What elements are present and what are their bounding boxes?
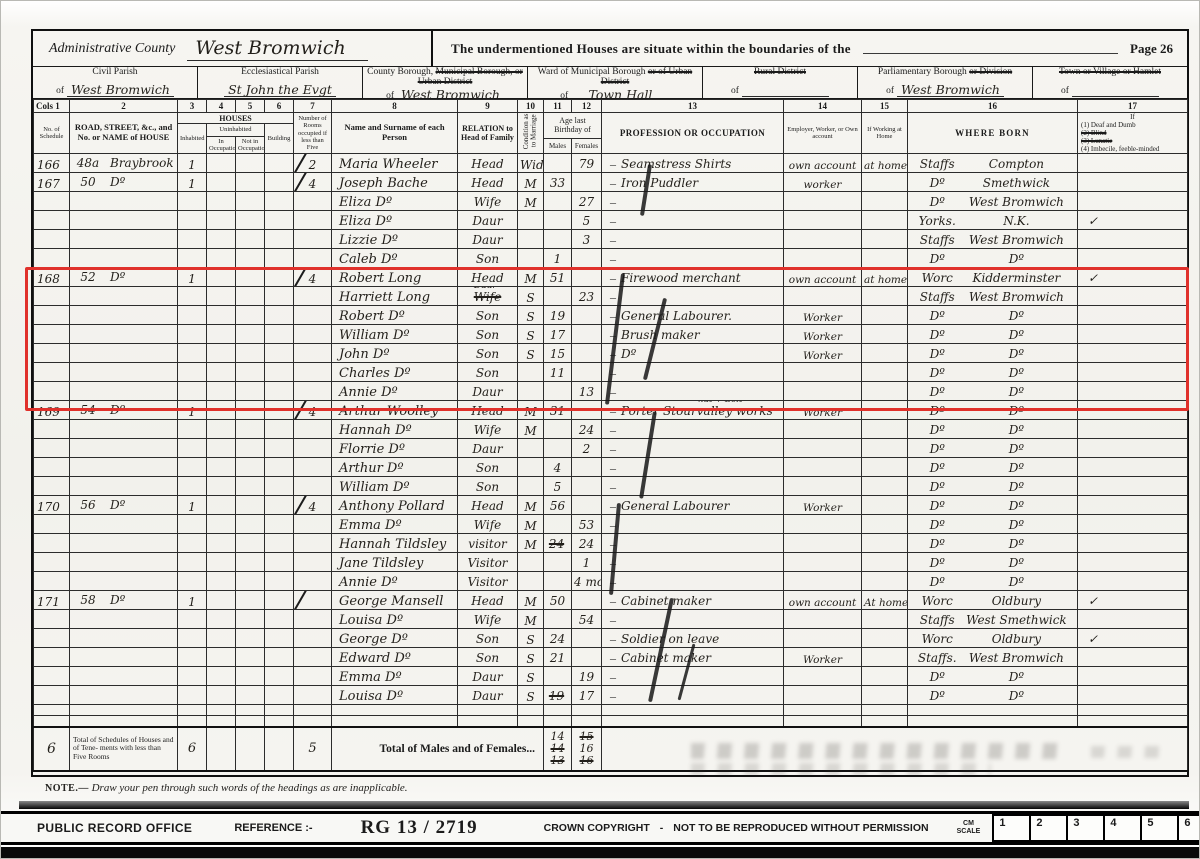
cell-uninhabited-occupied xyxy=(207,211,236,230)
cell-condition: S xyxy=(518,648,544,667)
district-label-struck: Rural District xyxy=(754,67,806,77)
cell-occupation: General Labourer xyxy=(602,496,784,515)
cell-age-male: 4 xyxy=(544,458,572,477)
cell-infirmity xyxy=(1078,572,1188,591)
person-row: Arthur DºSon4DºDº xyxy=(34,458,1188,477)
cell-infirmity xyxy=(1078,534,1188,553)
cell-schedule xyxy=(34,534,70,553)
cell-empty xyxy=(178,716,207,727)
cell-employer xyxy=(784,477,862,496)
district-civil-parish: Civil Parish ofWest Bromwich xyxy=(33,67,198,98)
cell-uninhabited-occupied xyxy=(207,686,236,705)
cell-address xyxy=(70,458,178,477)
header-at-home: If Working at Home xyxy=(862,113,908,154)
cell-age-female: 24 xyxy=(572,420,602,439)
district-value xyxy=(1072,96,1159,97)
cell-name: George Dº xyxy=(332,629,458,648)
person-row: Louisa DºWifeM54StaffsWest Smethwick xyxy=(34,610,1188,629)
cell-condition xyxy=(518,477,544,496)
cell-address xyxy=(70,553,178,572)
cell-address xyxy=(70,648,178,667)
cell-uninhabited-occupied xyxy=(207,629,236,648)
cell-rooms xyxy=(294,477,332,496)
cell-uninhabited-unoccupied xyxy=(236,515,265,534)
cell-age-male: 56 xyxy=(544,496,572,515)
cell-empty xyxy=(207,727,236,771)
district-value: West Bromwich xyxy=(67,83,174,97)
totals-houses-label: Total of Schedules of Houses and of Tene… xyxy=(70,727,178,771)
cell-schedule xyxy=(34,477,70,496)
cell-condition: M xyxy=(518,515,544,534)
person-row: Louisa DºDaurS1917DºDº xyxy=(34,686,1188,705)
cell-uninhabited-occupied xyxy=(207,515,236,534)
cell-employer xyxy=(784,458,862,477)
cell-empty xyxy=(544,705,572,716)
cell-condition: M xyxy=(518,420,544,439)
cell-address xyxy=(70,420,178,439)
archive-footer: PUBLIC RECORD OFFICE REFERENCE :- RG 13 … xyxy=(1,811,1200,845)
cell-infirmity xyxy=(1078,439,1188,458)
header-females: Females xyxy=(572,138,602,153)
cell-name: Arthur Dº xyxy=(332,458,458,477)
cell-name: Louisa Dº xyxy=(332,610,458,629)
cell-employer xyxy=(784,211,862,230)
cell-inhabited xyxy=(178,249,207,268)
cell-uninhabited-unoccupied xyxy=(236,610,265,629)
cell-empty xyxy=(236,716,265,727)
cell-uninhabited-unoccupied xyxy=(236,553,265,572)
district-parliamentary-borough: Parliamentary Borough or Division ofWest… xyxy=(858,67,1033,98)
person-row: Hannah TildsleyvisitorM2424DºDº xyxy=(34,534,1188,553)
cell-where-born: DºSmethwick xyxy=(908,173,1078,192)
cell-inhabited xyxy=(178,629,207,648)
cell-schedule xyxy=(34,211,70,230)
cell-empty xyxy=(265,716,294,727)
cell-age-male xyxy=(544,515,572,534)
col-number: 12 xyxy=(572,100,602,113)
situate-blank-line xyxy=(863,39,1118,54)
ruler-cell: 6 xyxy=(1179,816,1200,840)
cell-empty xyxy=(518,705,544,716)
cell-at-home xyxy=(862,477,908,496)
cell-name: Florrie Dº xyxy=(332,439,458,458)
col-number: 8 xyxy=(332,100,458,113)
cell-age-female: 54 xyxy=(572,610,602,629)
cell-relation: Visitor xyxy=(458,553,518,572)
cell-building xyxy=(265,154,294,173)
cell-condition: M xyxy=(518,192,544,211)
cell-empty xyxy=(544,716,572,727)
cell-empty xyxy=(34,705,70,716)
cell-where-born: StaffsCompton xyxy=(908,154,1078,173)
situate-line: The undermentioned Houses are situate wi… xyxy=(433,31,1187,66)
cell-building xyxy=(265,515,294,534)
cell-rooms xyxy=(294,667,332,686)
cell-where-born: StaffsWest Smethwick xyxy=(908,610,1078,629)
cell-age-female xyxy=(572,249,602,268)
district-value: West Bromwich xyxy=(397,88,504,98)
cell-age-female: 79 xyxy=(572,154,602,173)
of-prefix: of xyxy=(56,87,64,97)
cell-uninhabited-occupied xyxy=(207,154,236,173)
cell-address xyxy=(70,477,178,496)
cell-rooms: 4 xyxy=(294,496,332,515)
cell-building xyxy=(265,572,294,591)
district-rural: Rural District of xyxy=(703,67,858,98)
cell-schedule xyxy=(34,629,70,648)
cell-relation: Son xyxy=(458,249,518,268)
cell-age-female: 19 xyxy=(572,667,602,686)
cell-uninhabited-unoccupied xyxy=(236,648,265,667)
cell-rooms xyxy=(294,648,332,667)
cell-relation: Son xyxy=(458,648,518,667)
cell-occupation xyxy=(602,420,784,439)
cell-address xyxy=(70,249,178,268)
cell-condition: S xyxy=(518,686,544,705)
district-label-struck: Municipal Borough, or Urban District xyxy=(418,67,523,87)
cell-relation: Wife xyxy=(458,610,518,629)
cell-where-born: Yorks.N.K. xyxy=(908,211,1078,230)
cell-schedule xyxy=(34,553,70,572)
cell-empty xyxy=(265,705,294,716)
cell-at-home xyxy=(862,192,908,211)
cm-scale-label: CM SCALE xyxy=(957,820,981,837)
cm-ruler: 1 2 3 4 5 6 xyxy=(992,814,1200,842)
cell-name: Caleb Dº xyxy=(332,249,458,268)
cell-empty xyxy=(294,705,332,716)
cell-condition xyxy=(518,230,544,249)
cell-address xyxy=(70,629,178,648)
person-row: Hannah DºWifeM24DºDº xyxy=(34,420,1188,439)
cell-age-male: 33 xyxy=(544,173,572,192)
cell-relation: Daur xyxy=(458,230,518,249)
cell-occupation xyxy=(602,192,784,211)
cell-employer xyxy=(784,686,862,705)
cell-relation: Son xyxy=(458,477,518,496)
cell-total-males: 14 14 13 xyxy=(544,727,572,771)
cell-condition: S xyxy=(518,629,544,648)
cell-empty xyxy=(908,716,1078,727)
cell-inhabited xyxy=(178,553,207,572)
cell-building xyxy=(265,249,294,268)
person-row: George DºSonS24Soldier on leaveWorcOldbu… xyxy=(34,629,1188,648)
cell-where-born: StaffsWest Bromwich xyxy=(908,230,1078,249)
cell-employer xyxy=(784,230,862,249)
cell-employer: Worker xyxy=(784,648,862,667)
cell-address xyxy=(70,230,178,249)
cell-rooms xyxy=(294,515,332,534)
cell-total-houses: 6 xyxy=(178,727,207,771)
cell-age-male: 1 xyxy=(544,249,572,268)
cell-occupation xyxy=(602,230,784,249)
cell-building xyxy=(265,553,294,572)
cell-relation: Son xyxy=(458,629,518,648)
cell-employer xyxy=(784,629,862,648)
cell-age-male xyxy=(544,192,572,211)
cell-inhabited xyxy=(178,515,207,534)
cell-uninhabited-unoccupied xyxy=(236,249,265,268)
cell-condition: M xyxy=(518,173,544,192)
cell-age-male: 5 xyxy=(544,477,572,496)
cell-infirmity xyxy=(1078,515,1188,534)
cell-schedule: 167 xyxy=(34,173,70,192)
copyright-separator: - xyxy=(660,822,664,834)
cell-age-female: 53 xyxy=(572,515,602,534)
cell-age-female: 3 xyxy=(572,230,602,249)
situate-text: The undermentioned Houses are situate wi… xyxy=(451,41,851,57)
cell-condition xyxy=(518,249,544,268)
cell-address xyxy=(70,439,178,458)
col-number: 17 xyxy=(1078,100,1188,113)
cell-inhabited xyxy=(178,686,207,705)
cell-empty xyxy=(1078,716,1188,727)
cell-where-born: DºDº xyxy=(908,515,1078,534)
cell-occupation xyxy=(602,572,784,591)
cell-at-home xyxy=(862,534,908,553)
header-rooms: Number of Rooms occupied if less than Fi… xyxy=(294,113,332,154)
col-number: 5 xyxy=(236,100,265,113)
cell-age-female xyxy=(572,591,602,610)
cell-age-female: 27 xyxy=(572,192,602,211)
ruler-cell: 5 xyxy=(1142,816,1179,840)
cell-where-born: DºDº xyxy=(908,553,1078,572)
cell-name: Lizzie Dº xyxy=(332,230,458,249)
cell-at-home xyxy=(862,515,908,534)
cell-inhabited xyxy=(178,648,207,667)
col-number: 3 xyxy=(178,100,207,113)
reproduction-notice: NOT TO BE REPRODUCED WITHOUT PERMISSION xyxy=(673,822,928,834)
cell-relation: Daur xyxy=(458,211,518,230)
district-town-village-hamlet: Town or Village or Hamlet of xyxy=(1033,67,1187,98)
district-label: Ward of Municipal Borough xyxy=(538,67,646,77)
cell-at-home xyxy=(862,648,908,667)
cell-empty xyxy=(70,705,178,716)
cell-building xyxy=(265,686,294,705)
header-relation: RELATION to Head of Family xyxy=(458,113,518,154)
cell-at-home xyxy=(862,420,908,439)
col-number: 13 xyxy=(602,100,784,113)
header-inhabited: Inhabited xyxy=(178,124,207,154)
cell-empty xyxy=(458,716,518,727)
cell-relation: Head xyxy=(458,173,518,192)
district-label: Ecclesiastical Parish xyxy=(241,67,319,77)
ruler-cell: 1 xyxy=(994,816,1031,840)
cell-uninhabited-occupied xyxy=(207,439,236,458)
cell-building xyxy=(265,439,294,458)
cell-total-rooms: 5 xyxy=(294,727,332,771)
person-row: 17056Dº14Anthony PollardHeadM56General L… xyxy=(34,496,1188,515)
cell-address xyxy=(70,211,178,230)
cell-building xyxy=(265,211,294,230)
cell-where-born: DºDº xyxy=(908,534,1078,553)
cell-infirmity xyxy=(1078,648,1188,667)
cell-relation: Wife xyxy=(458,515,518,534)
cell-relation: Daur xyxy=(458,667,518,686)
cell-uninhabited-unoccupied xyxy=(236,686,265,705)
cell-where-born: DºDº xyxy=(908,667,1078,686)
cell-name: George Mansell xyxy=(332,591,458,610)
administrative-county-box: Administrative County West Bromwich xyxy=(33,31,433,66)
cell-address: 48aBraybrook St xyxy=(70,154,178,173)
blank-row xyxy=(34,716,1188,727)
cell-rooms xyxy=(294,192,332,211)
cell-schedule xyxy=(34,420,70,439)
cell-at-home xyxy=(862,211,908,230)
cell-age-male xyxy=(544,154,572,173)
cell-uninhabited-unoccupied xyxy=(236,477,265,496)
cell-employer xyxy=(784,420,862,439)
cell-rooms xyxy=(294,230,332,249)
col-number: 16 xyxy=(908,100,1078,113)
cell-name: Emma Dº xyxy=(332,515,458,534)
cell-uninhabited-occupied xyxy=(207,458,236,477)
cell-address: 58Dº xyxy=(70,591,178,610)
cell-infirmity xyxy=(1078,458,1188,477)
cell-age-female: 5 xyxy=(572,211,602,230)
cell-address xyxy=(70,534,178,553)
cell-total-schedules: 6 xyxy=(34,727,70,771)
cell-uninhabited-occupied xyxy=(207,648,236,667)
cell-empty xyxy=(784,716,862,727)
header-main-row: No. of Schedule ROAD, STREET, &c., and N… xyxy=(34,113,1188,124)
cell-rooms xyxy=(294,591,332,610)
cell-rooms xyxy=(294,572,332,591)
district-value: West Bromwich xyxy=(897,83,1004,97)
cell-building xyxy=(265,534,294,553)
cell-name: Emma Dº xyxy=(332,667,458,686)
cell-empty xyxy=(332,716,458,727)
cell-total-females: 15 16 16 xyxy=(572,727,602,771)
cell-empty xyxy=(1078,705,1188,716)
cell-where-born: WorcOldbury xyxy=(908,591,1078,610)
cell-schedule: 166 xyxy=(34,154,70,173)
cell-employer xyxy=(784,515,862,534)
cell-inhabited xyxy=(178,211,207,230)
cell-building xyxy=(265,477,294,496)
bleed-through-smudge xyxy=(691,763,991,775)
cell-empty xyxy=(458,705,518,716)
cell-inhabited: 1 xyxy=(178,154,207,173)
census-table: Cols 1 2 3 4 5 6 7 8 9 10 11 12 13 14 15… xyxy=(33,99,1188,772)
header-building: Building xyxy=(265,124,294,154)
cell-age-male: 19 xyxy=(544,686,572,705)
cell-occupation xyxy=(602,439,784,458)
cell-inhabited xyxy=(178,610,207,629)
cell-occupation xyxy=(602,534,784,553)
cell-employer xyxy=(784,610,862,629)
cell-condition: M xyxy=(518,610,544,629)
bleed-through-smudge xyxy=(1091,746,1171,758)
reference-label: REFERENCE :- xyxy=(234,822,312,834)
cell-employer xyxy=(784,439,862,458)
district-value: Town Hall xyxy=(571,88,670,98)
cell-infirmity: ✓ xyxy=(1078,211,1188,230)
cell-at-home xyxy=(862,629,908,648)
cell-employer: own account xyxy=(784,154,862,173)
cell-building xyxy=(265,192,294,211)
header-employer: Employer, Worker, or Own account xyxy=(784,113,862,154)
col-number: 11 xyxy=(544,100,572,113)
person-row: 16750Dº14Joseph BacheHeadM33Iron Puddler… xyxy=(34,173,1188,192)
administrative-county-row: Administrative County West Bromwich The … xyxy=(33,31,1187,67)
blank-row xyxy=(34,705,1188,716)
cell-occupation xyxy=(602,249,784,268)
cell-infirmity xyxy=(1078,496,1188,515)
cell-building xyxy=(265,629,294,648)
cell-building xyxy=(265,591,294,610)
cell-address xyxy=(70,667,178,686)
cell-age-female: 17 xyxy=(572,686,602,705)
cell-empty xyxy=(862,716,908,727)
cell-name: Eliza Dº xyxy=(332,192,458,211)
col-number: 14 xyxy=(784,100,862,113)
cell-uninhabited-occupied xyxy=(207,553,236,572)
cell-at-home xyxy=(862,553,908,572)
cell-at-home xyxy=(862,610,908,629)
cell-rooms xyxy=(294,610,332,629)
cell-name: William Dº xyxy=(332,477,458,496)
cell-inhabited xyxy=(178,439,207,458)
cell-occupation xyxy=(602,477,784,496)
cell-name: Hannah Dº xyxy=(332,420,458,439)
person-row: Florrie DºDaur2DºDº xyxy=(34,439,1188,458)
cell-employer: own account xyxy=(784,591,862,610)
district-label-struck: Town or Village or Hamlet xyxy=(1059,67,1161,77)
cell-age-female xyxy=(572,629,602,648)
cell-infirmity xyxy=(1078,249,1188,268)
cell-empty xyxy=(602,705,784,716)
cell-condition xyxy=(518,439,544,458)
col-number: 10 xyxy=(518,100,544,113)
cell-address xyxy=(70,686,178,705)
cell-uninhabited-unoccupied xyxy=(236,667,265,686)
cell-schedule xyxy=(34,192,70,211)
cell-building xyxy=(265,610,294,629)
cell-at-home: at home xyxy=(862,154,908,173)
cell-infirmity xyxy=(1078,667,1188,686)
cell-name: Jane Tildsley xyxy=(332,553,458,572)
archive-office-label: PUBLIC RECORD OFFICE xyxy=(37,821,192,835)
cell-empty xyxy=(178,705,207,716)
cell-occupation xyxy=(602,610,784,629)
cell-rooms xyxy=(294,458,332,477)
district-label: County Borough, xyxy=(367,67,433,77)
person-row: William DºSon5DºDº xyxy=(34,477,1188,496)
cell-employer: Worker xyxy=(784,496,862,515)
cell-where-born: DºWest Bromwich xyxy=(908,192,1078,211)
ruler-cell: 4 xyxy=(1105,816,1142,840)
cell-at-home xyxy=(862,173,908,192)
cell-empty xyxy=(236,727,265,771)
header-in-occupation: In Occupation xyxy=(207,136,236,153)
cell-employer xyxy=(784,667,862,686)
cell-uninhabited-unoccupied xyxy=(236,629,265,648)
cell-occupation xyxy=(602,458,784,477)
header-name: Name and Surname of each Person xyxy=(332,113,458,154)
cell-age-male xyxy=(544,667,572,686)
cell-schedule xyxy=(34,515,70,534)
cell-name: Maria Wheeler xyxy=(332,154,458,173)
cell-relation: Head xyxy=(458,591,518,610)
cell-empty xyxy=(34,716,70,727)
header-infirmity: If (1) Deaf and Dumb (2) Blind (3) Lunat… xyxy=(1078,113,1188,154)
cell-empty xyxy=(572,716,602,727)
cell-infirmity xyxy=(1078,154,1188,173)
cell-employer xyxy=(784,572,862,591)
cell-address xyxy=(70,610,178,629)
person-row: Emma DºDaurS19DºDº xyxy=(34,667,1188,686)
cell-inhabited xyxy=(178,458,207,477)
